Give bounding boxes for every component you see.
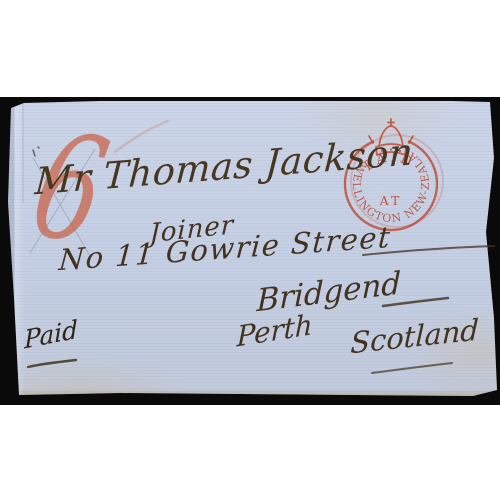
cover-photo: 6 <box>0 0 500 500</box>
